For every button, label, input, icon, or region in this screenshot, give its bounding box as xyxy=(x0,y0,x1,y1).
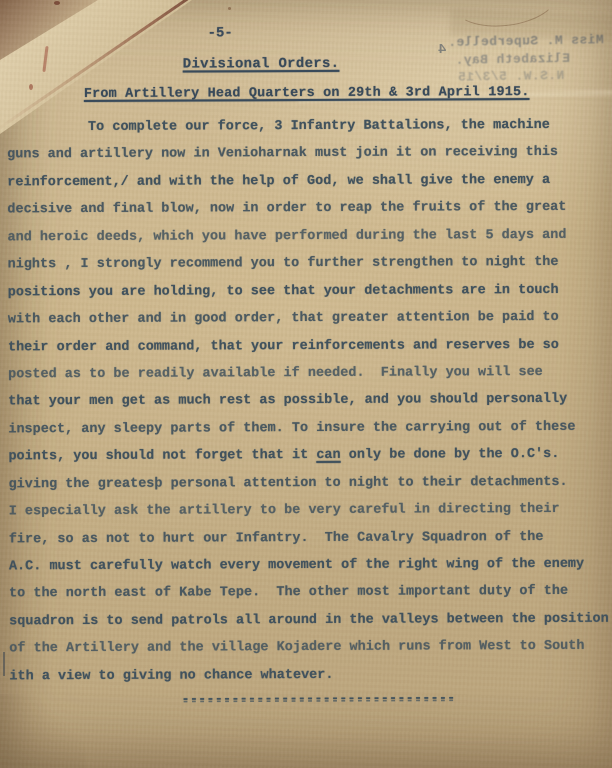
underlined-word: can xyxy=(316,448,340,463)
document-line: I especially ask the artillery to be ver… xyxy=(9,496,612,526)
document-line: fire, so as not to hurt our Infantry. Th… xyxy=(9,523,612,553)
document-line: positions you are holding, to see that y… xyxy=(8,276,612,306)
emphasis-pre: points, you should not forget that it xyxy=(8,448,316,464)
document-line: giving the greatesþ personal attention t… xyxy=(9,468,612,498)
document-body: To complete our force, 3 Infantry Battal… xyxy=(7,112,612,691)
document-line: A.C. must carefully watch every movement… xyxy=(9,551,612,581)
document-line: to the north east of Kabe Tepe. The othe… xyxy=(9,578,612,608)
document-line: that your men get as much rest as possib… xyxy=(8,386,612,416)
document-line: guns and artillery now in Venioharnak mu… xyxy=(7,139,611,169)
page-number: -5- xyxy=(208,23,611,44)
document-line: their order and command, that your reinf… xyxy=(8,331,612,361)
crease-mark xyxy=(3,652,5,676)
typed-separator: --------------------------------- xyxy=(181,692,612,708)
subtitle-row: From Artillery Head Quarters on 29th & 3… xyxy=(84,84,611,104)
document-line-emphasis: points, you should not forget that it ca… xyxy=(8,441,612,471)
document-line: To complete our force, 3 Infantry Battal… xyxy=(7,112,611,142)
typed-content: -5- Divisional Orders. From Artillery He… xyxy=(6,0,612,709)
document-line: of the Artillery and the village Kojader… xyxy=(9,633,612,663)
document-line: ith a view to giving no chance whatever. xyxy=(9,660,612,690)
document-line: decisive and final blow, now in order to… xyxy=(7,194,611,224)
document-line: inspect, any sleepy parts of them. To in… xyxy=(8,413,612,443)
emphasis-post: only be done by the O.C's. xyxy=(341,447,560,463)
document-line: with each other and in good order, that … xyxy=(8,304,612,334)
document-subtitle: From Artillery Head Quarters on 29th & 3… xyxy=(84,85,530,102)
scanned-document-page: Miss M. Superbelle. Elizabeth Bay. N.S.W… xyxy=(0,0,612,768)
document-line: reinforcement,/ and with the help of God… xyxy=(7,167,611,197)
document-line: squadron is to send patrols all around i… xyxy=(9,606,612,636)
document-line: and heroic deeds, which you have perform… xyxy=(7,221,611,251)
title-row: Divisional Orders. xyxy=(183,54,611,75)
document-line: nights , I strongly recommend you to fur… xyxy=(8,249,612,279)
document-line: posted as to be readily available if nee… xyxy=(8,359,612,389)
document-title: Divisional Orders. xyxy=(183,56,340,73)
